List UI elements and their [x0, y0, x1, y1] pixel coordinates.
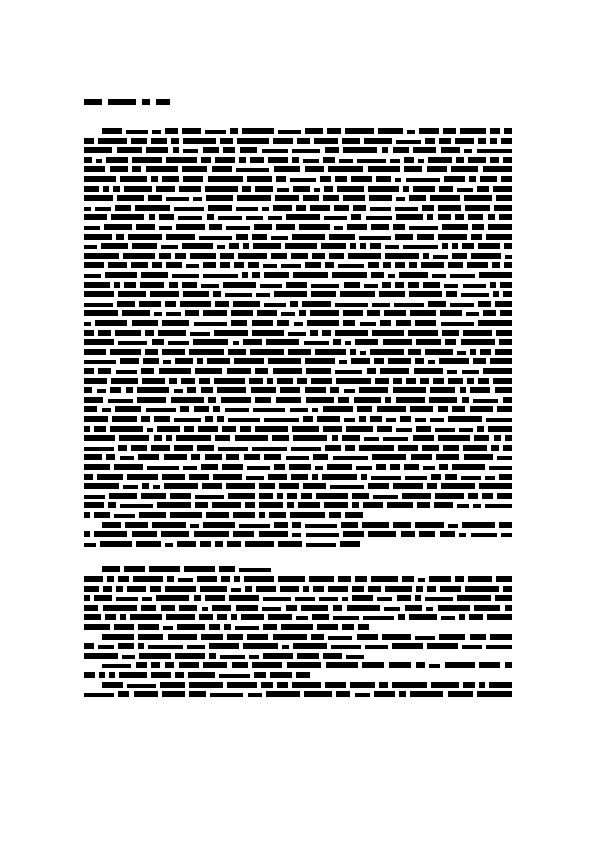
text-fragment	[478, 243, 500, 249]
text-fragment	[195, 495, 224, 499]
text-fragment	[138, 634, 163, 640]
text-fragment	[128, 234, 162, 240]
text-fragment	[470, 349, 476, 355]
text-fragment	[179, 605, 197, 611]
text-fragment	[274, 291, 307, 297]
text-fragment	[227, 682, 257, 688]
text-fragment	[271, 253, 287, 259]
text-fragment	[278, 130, 301, 134]
text-fragment	[463, 682, 475, 688]
text-fragment	[503, 445, 512, 451]
text-fragment	[460, 387, 466, 393]
document-page	[0, 0, 595, 842]
text-fragment	[303, 586, 309, 592]
text-fragment	[157, 426, 180, 432]
text-fragment	[316, 493, 348, 499]
text-fragment	[94, 531, 127, 537]
text-fragment	[108, 262, 127, 268]
text-fragment	[156, 595, 189, 601]
text-fragment	[385, 586, 412, 592]
text-fragment	[84, 406, 97, 412]
text-fragment	[305, 358, 335, 364]
text-fragment	[174, 389, 183, 393]
text-fragment	[408, 282, 419, 288]
text-fragment	[341, 522, 358, 528]
text-fragment	[229, 595, 259, 601]
text-fragment	[139, 653, 171, 659]
text-fragment	[84, 416, 108, 422]
text-line	[84, 205, 512, 211]
text-fragment	[141, 416, 150, 422]
text-fragment	[116, 586, 123, 592]
text-fragment	[182, 282, 197, 288]
text-fragment	[124, 566, 145, 572]
text-fragment	[141, 272, 168, 278]
text-fragment	[462, 370, 479, 374]
text-fragment	[84, 274, 101, 278]
text-fragment	[174, 207, 204, 211]
text-fragment	[369, 195, 392, 201]
text-fragment	[166, 262, 182, 268]
text-fragment	[234, 358, 264, 364]
text-fragment	[253, 408, 285, 412]
text-fragment	[499, 339, 512, 345]
text-fragment	[493, 378, 512, 384]
text-fragment	[418, 159, 424, 163]
text-fragment	[183, 291, 209, 297]
text-fragment	[352, 493, 369, 499]
text-fragment	[136, 541, 161, 547]
text-fragment	[343, 195, 365, 201]
text-fragment	[102, 664, 131, 668]
text-fragment	[131, 445, 147, 451]
text-fragment	[324, 186, 333, 192]
text-fragment	[464, 149, 472, 153]
text-fragment	[206, 195, 233, 201]
text-fragment	[239, 568, 271, 572]
text-fragment	[148, 195, 162, 201]
text-fragment	[379, 291, 405, 297]
text-fragment	[190, 332, 210, 336]
text-line	[84, 464, 512, 470]
text-fragment	[84, 387, 92, 393]
text-fragment	[169, 282, 178, 288]
text-fragment	[254, 224, 272, 230]
text-fragment	[259, 502, 283, 508]
text-fragment	[440, 586, 461, 592]
text-fragment	[324, 502, 348, 508]
text-fragment	[203, 662, 227, 668]
text-fragment	[193, 339, 228, 345]
text-fragment	[312, 253, 325, 259]
text-fragment	[385, 397, 391, 403]
heading-fragment	[108, 99, 136, 105]
text-fragment	[178, 578, 193, 582]
text-fragment	[379, 682, 388, 688]
text-fragment	[404, 157, 414, 163]
text-fragment	[110, 166, 128, 172]
text-fragment	[84, 543, 96, 547]
text-fragment	[84, 303, 113, 307]
text-fragment	[353, 205, 366, 211]
text-fragment	[378, 128, 403, 134]
text-fragment	[461, 339, 495, 345]
text-fragment	[152, 262, 162, 268]
text-fragment	[138, 624, 159, 630]
text-fragment	[101, 243, 128, 249]
text-fragment	[246, 216, 263, 220]
text-fragment	[395, 234, 413, 240]
text-fragment	[488, 224, 512, 230]
text-fragment	[274, 522, 288, 528]
text-fragment	[363, 502, 383, 508]
text-fragment	[362, 662, 384, 668]
text-fragment	[166, 614, 195, 620]
text-fragment	[427, 483, 437, 489]
text-fragment	[311, 291, 336, 297]
text-fragment	[432, 274, 446, 278]
text-fragment	[384, 607, 400, 611]
text-fragment	[363, 616, 394, 620]
text-fragment	[499, 214, 512, 220]
text-fragment	[495, 301, 512, 307]
text-fragment	[174, 418, 201, 422]
text-fragment	[403, 245, 438, 249]
text-fragment	[492, 262, 500, 268]
text-fragment	[98, 368, 111, 374]
text-fragment	[342, 597, 348, 601]
text-fragment	[277, 682, 288, 688]
text-fragment	[355, 576, 367, 582]
text-fragment	[359, 236, 391, 240]
text-fragment	[163, 626, 173, 630]
text-fragment	[371, 272, 384, 278]
text-fragment	[296, 205, 306, 211]
text-fragment	[496, 195, 512, 201]
text-fragment	[485, 504, 512, 508]
text-fragment	[374, 358, 384, 364]
text-fragment	[231, 320, 247, 326]
text-line	[84, 531, 512, 537]
text-fragment	[212, 166, 232, 172]
text-fragment	[118, 291, 146, 297]
text-line	[84, 224, 512, 230]
text-fragment	[118, 691, 129, 697]
text-fragment	[463, 445, 487, 451]
text-fragment	[182, 128, 201, 134]
text-fragment	[430, 195, 460, 201]
text-fragment	[126, 130, 148, 134]
text-fragment	[242, 272, 248, 278]
text-fragment	[292, 426, 319, 432]
text-fragment	[290, 512, 325, 518]
text-fragment	[164, 454, 187, 460]
text-fragment	[84, 454, 102, 460]
text-fragment	[338, 397, 349, 403]
text-fragment	[495, 349, 512, 355]
text-fragment	[468, 493, 478, 499]
text-fragment	[114, 464, 143, 470]
text-line	[84, 502, 512, 508]
text-fragment	[436, 454, 459, 460]
text-fragment	[425, 597, 453, 601]
text-fragment	[146, 166, 178, 172]
text-fragment	[170, 493, 191, 499]
text-fragment	[450, 274, 475, 278]
text-fragment	[115, 330, 141, 336]
text-fragment	[504, 262, 512, 268]
text-fragment	[162, 474, 185, 480]
text-line	[84, 378, 512, 384]
text-fragment	[330, 387, 339, 393]
text-fragment	[141, 368, 154, 374]
text-fragment	[84, 464, 110, 470]
text-fragment	[107, 576, 114, 582]
text-fragment	[170, 512, 202, 518]
text-fragment	[468, 157, 486, 163]
text-fragment	[279, 483, 299, 489]
text-fragment	[373, 495, 398, 499]
text-fragment	[201, 157, 211, 163]
text-fragment	[194, 531, 229, 537]
text-fragment	[102, 522, 121, 528]
text-fragment	[387, 502, 413, 508]
text-fragment	[264, 418, 299, 422]
text-fragment	[197, 576, 217, 582]
text-fragment	[201, 634, 223, 640]
text-fragment	[226, 454, 239, 460]
text-fragment	[290, 301, 298, 307]
text-fragment	[399, 272, 428, 278]
text-fragment	[273, 368, 302, 374]
text-fragment	[415, 358, 424, 364]
text-line	[84, 368, 512, 374]
text-fragment	[117, 147, 142, 153]
text-fragment	[489, 682, 512, 688]
text-fragment	[157, 502, 191, 508]
text-fragment	[462, 397, 469, 403]
text-fragment	[172, 274, 199, 278]
text-fragment	[393, 147, 409, 153]
text-fragment	[173, 147, 179, 153]
text-fragment	[419, 531, 435, 537]
text-fragment	[406, 178, 440, 182]
text-fragment	[439, 358, 469, 364]
text-fragment	[235, 626, 259, 630]
text-fragment	[306, 397, 334, 403]
text-fragment	[302, 301, 331, 307]
text-fragment	[345, 128, 374, 134]
text-fragment	[306, 368, 331, 374]
text-fragment	[357, 634, 378, 640]
text-fragment	[227, 634, 243, 640]
text-fragment	[135, 205, 170, 211]
text-fragment	[438, 406, 448, 412]
text-fragment	[243, 339, 262, 345]
text-fragment	[352, 595, 373, 601]
text-line	[84, 339, 512, 345]
text-fragment	[136, 662, 147, 668]
text-fragment	[468, 576, 492, 582]
text-line	[102, 682, 512, 688]
text-line	[84, 301, 512, 307]
heading-fragment	[84, 99, 102, 105]
text-fragment	[229, 243, 239, 249]
text-fragment	[360, 351, 366, 355]
text-fragment	[127, 586, 146, 592]
text-fragment	[395, 178, 401, 182]
text-fragment	[448, 262, 463, 268]
text-fragment	[252, 272, 260, 278]
text-fragment	[102, 128, 122, 134]
text-fragment	[342, 138, 360, 144]
text-fragment	[395, 207, 418, 211]
text-fragment	[267, 378, 273, 384]
text-fragment	[84, 253, 119, 259]
text-line	[84, 138, 512, 144]
text-fragment	[452, 243, 458, 249]
text-fragment	[297, 138, 310, 144]
text-fragment	[351, 176, 372, 182]
text-fragment	[304, 691, 332, 697]
text-fragment	[346, 655, 364, 659]
text-fragment	[429, 576, 451, 582]
text-fragment	[180, 301, 211, 307]
text-fragment	[290, 408, 308, 412]
text-fragment	[169, 378, 177, 384]
text-fragment	[162, 349, 185, 355]
text-fragment	[84, 282, 110, 288]
text-fragment	[165, 662, 174, 668]
text-fragment	[84, 672, 95, 678]
text-fragment	[472, 224, 484, 230]
text-fragment	[448, 416, 482, 422]
text-fragment	[444, 176, 465, 182]
text-fragment	[347, 224, 367, 230]
text-fragment	[435, 428, 455, 432]
text-fragment	[455, 214, 464, 220]
text-fragment	[405, 476, 427, 480]
text-fragment	[269, 512, 286, 518]
text-fragment	[208, 205, 232, 211]
text-fragment	[183, 149, 198, 153]
text-fragment	[311, 634, 324, 640]
text-fragment	[189, 349, 224, 355]
text-fragment	[340, 541, 360, 547]
text-fragment	[140, 282, 164, 288]
text-line	[84, 643, 512, 649]
text-fragment	[187, 387, 196, 393]
text-fragment	[408, 349, 421, 355]
text-fragment	[368, 483, 389, 489]
text-fragment	[303, 159, 319, 163]
text-fragment	[132, 320, 158, 326]
text-fragment	[109, 493, 137, 499]
text-fragment	[428, 157, 452, 163]
text-fragment	[493, 291, 499, 297]
text-fragment	[104, 224, 132, 230]
text-fragment	[84, 138, 94, 144]
text-fragment	[205, 186, 238, 192]
text-line	[84, 595, 512, 601]
text-fragment	[120, 176, 147, 182]
text-fragment	[84, 474, 93, 480]
text-fragment	[323, 426, 342, 432]
text-fragment	[362, 522, 389, 528]
text-fragment	[416, 586, 423, 592]
text-fragment	[110, 349, 141, 355]
text-fragment	[282, 645, 289, 649]
text-fragment	[154, 416, 170, 422]
text-fragment	[84, 330, 94, 336]
text-fragment	[156, 186, 175, 192]
text-fragment	[205, 454, 222, 460]
text-fragment	[117, 301, 135, 307]
text-fragment	[276, 397, 301, 403]
text-fragment	[365, 645, 388, 649]
text-fragment	[309, 576, 334, 582]
text-fragment	[312, 474, 318, 480]
text-fragment	[142, 483, 149, 489]
text-fragment	[405, 605, 422, 611]
text-fragment	[377, 426, 392, 432]
text-fragment	[310, 330, 318, 336]
text-fragment	[243, 243, 249, 249]
text-fragment	[84, 339, 114, 345]
text-fragment	[490, 358, 512, 364]
text-fragment	[343, 320, 355, 326]
text-fragment	[218, 447, 248, 451]
text-line	[84, 195, 512, 201]
text-fragment	[237, 138, 269, 144]
text-line	[102, 128, 512, 134]
text-line	[84, 310, 512, 316]
text-fragment	[444, 284, 458, 288]
text-fragment	[108, 399, 133, 403]
text-fragment	[489, 466, 512, 470]
text-fragment	[419, 128, 439, 134]
text-fragment	[273, 205, 292, 211]
text-fragment	[110, 387, 121, 393]
text-line	[84, 474, 512, 480]
text-fragment	[197, 445, 214, 451]
text-fragment	[148, 645, 183, 649]
text-fragment	[486, 418, 512, 422]
text-fragment	[388, 274, 395, 278]
text-fragment	[84, 195, 113, 201]
text-fragment	[264, 303, 286, 307]
text-fragment	[347, 605, 380, 611]
text-fragment	[307, 320, 339, 326]
text-fragment	[467, 378, 474, 384]
text-fragment	[332, 435, 338, 441]
text-fragment	[154, 312, 162, 316]
text-fragment	[291, 447, 321, 451]
text-fragment	[457, 504, 469, 508]
text-fragment	[477, 186, 489, 192]
text-fragment	[150, 291, 179, 297]
text-fragment	[84, 166, 105, 172]
text-fragment	[237, 195, 271, 201]
text-fragment	[141, 493, 166, 499]
text-fragment	[84, 653, 118, 659]
text-fragment	[223, 282, 256, 288]
text-fragment	[497, 406, 512, 412]
text-fragment	[182, 243, 213, 249]
text-fragment	[171, 397, 204, 403]
text-fragment	[400, 416, 411, 422]
text-fragment	[380, 320, 391, 326]
